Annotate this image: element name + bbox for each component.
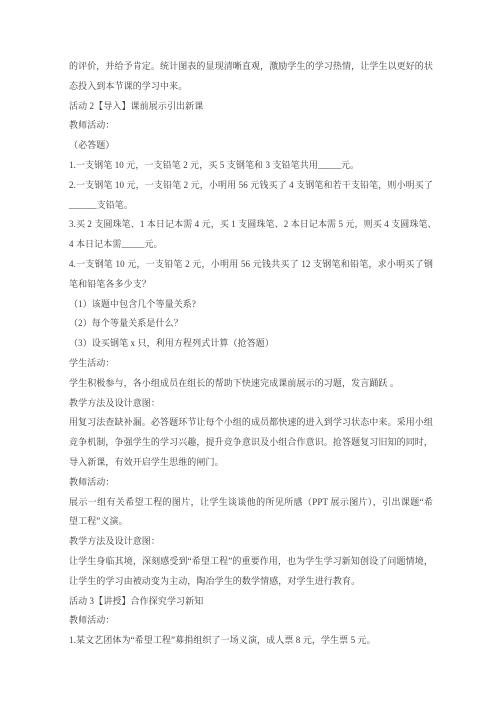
sub-question-line: （1）该题中包含几个等量关系? (69, 295, 433, 315)
paragraph-line: 让学生身临其境，深刻感受到“希望工程”的重要作用，也为学生学习新知创设了问题情境… (69, 552, 433, 572)
section-label: 教师活动： (69, 473, 433, 493)
question-line: 4.一支钢笔 10 元，一支铅笔 2 元，小明用 56 元钱共买了 12 支钢笔… (69, 255, 433, 275)
section-label: 教学方法及设计意图： (69, 532, 433, 552)
sub-question-line: （2）每个等量关系是什么？ (69, 314, 433, 334)
document-page: 的评价，并给予肯定。统计图表的显现清晰直观，激励学生的学习热情，让学生以更好的状… (0, 0, 500, 707)
section-label: 学生活动： (69, 354, 433, 374)
paragraph-line: 的评价，并给予肯定。统计图表的显现清晰直观，激励学生的学习热情，让学生以更好的状 (69, 57, 433, 77)
paragraph-line: 态投入到本节课的学习中来。 (69, 77, 433, 97)
paragraph-line: 导入新课，有效开启学生思维的闸门。 (69, 453, 433, 473)
activity-heading: 活动 3【讲授】合作探究学习新知 (69, 592, 433, 612)
question-line: 笔和铅笔各多少支？ (69, 275, 433, 295)
document-text: 的评价，并给予肯定。统计图表的显现清晰直观，激励学生的学习热情，让学生以更好的状… (69, 57, 433, 651)
paragraph-line: 望工程”义演。 (69, 512, 433, 532)
paragraph-line: 学生积极参与，各小组成员在组长的帮助下快速完成课前展示的习题，发言踊跃 。 (69, 374, 433, 394)
question-line: ______支铅笔。 (69, 196, 433, 216)
paragraph-line: 让学生的学习由被动变为主动，陶冶学生的数学情感，对学生进行教育。 (69, 572, 433, 592)
question-line: 3.买 2 支圆珠笔、1 本日记本需 4 元，买 1 支圆珠笔、2 本日记本需 … (69, 215, 433, 235)
section-label: 教师活动： (69, 611, 433, 631)
activity-heading: 活动 2【导入】课前展示引出新课 (69, 97, 433, 117)
paragraph-line: 竞争机制，争强学生的学习兴趣，提升竞争意识及小组合作意识。抢答题复习旧知的同时， (69, 433, 433, 453)
question-line: 1.某文艺团体为“希望工程”募捐组织了一场义演，成人票 8 元，学生票 5 元。 (69, 631, 433, 651)
question-line: 1.一支钢笔 10 元，一支铅笔 2 元，买 5 支钢笔和 3 支铅笔共用___… (69, 156, 433, 176)
paragraph-line: 用复习法查缺补漏。必答题环节让每个小组的成员都快速的进入到学习状态中来。采用小组 (69, 413, 433, 433)
section-label: 教师活动： (69, 116, 433, 136)
sub-question-line: （3）设买钢笔 x 只，利用方程列式计算（抢答题） (69, 334, 433, 354)
section-label: 教学方法及设计意图： (69, 394, 433, 414)
paragraph-line: 展示一组有关希望工程的图片，让学生谈谈他的所见所感（PPT 展示图片），引出课题… (69, 493, 433, 513)
question-line: 2.一支钢笔 10 元，一支铅笔 2 元，小明用 56 元钱买了 4 支钢笔和若… (69, 176, 433, 196)
question-line: 4 本日记本需_____元。 (69, 235, 433, 255)
section-label: （必答题） (69, 136, 433, 156)
